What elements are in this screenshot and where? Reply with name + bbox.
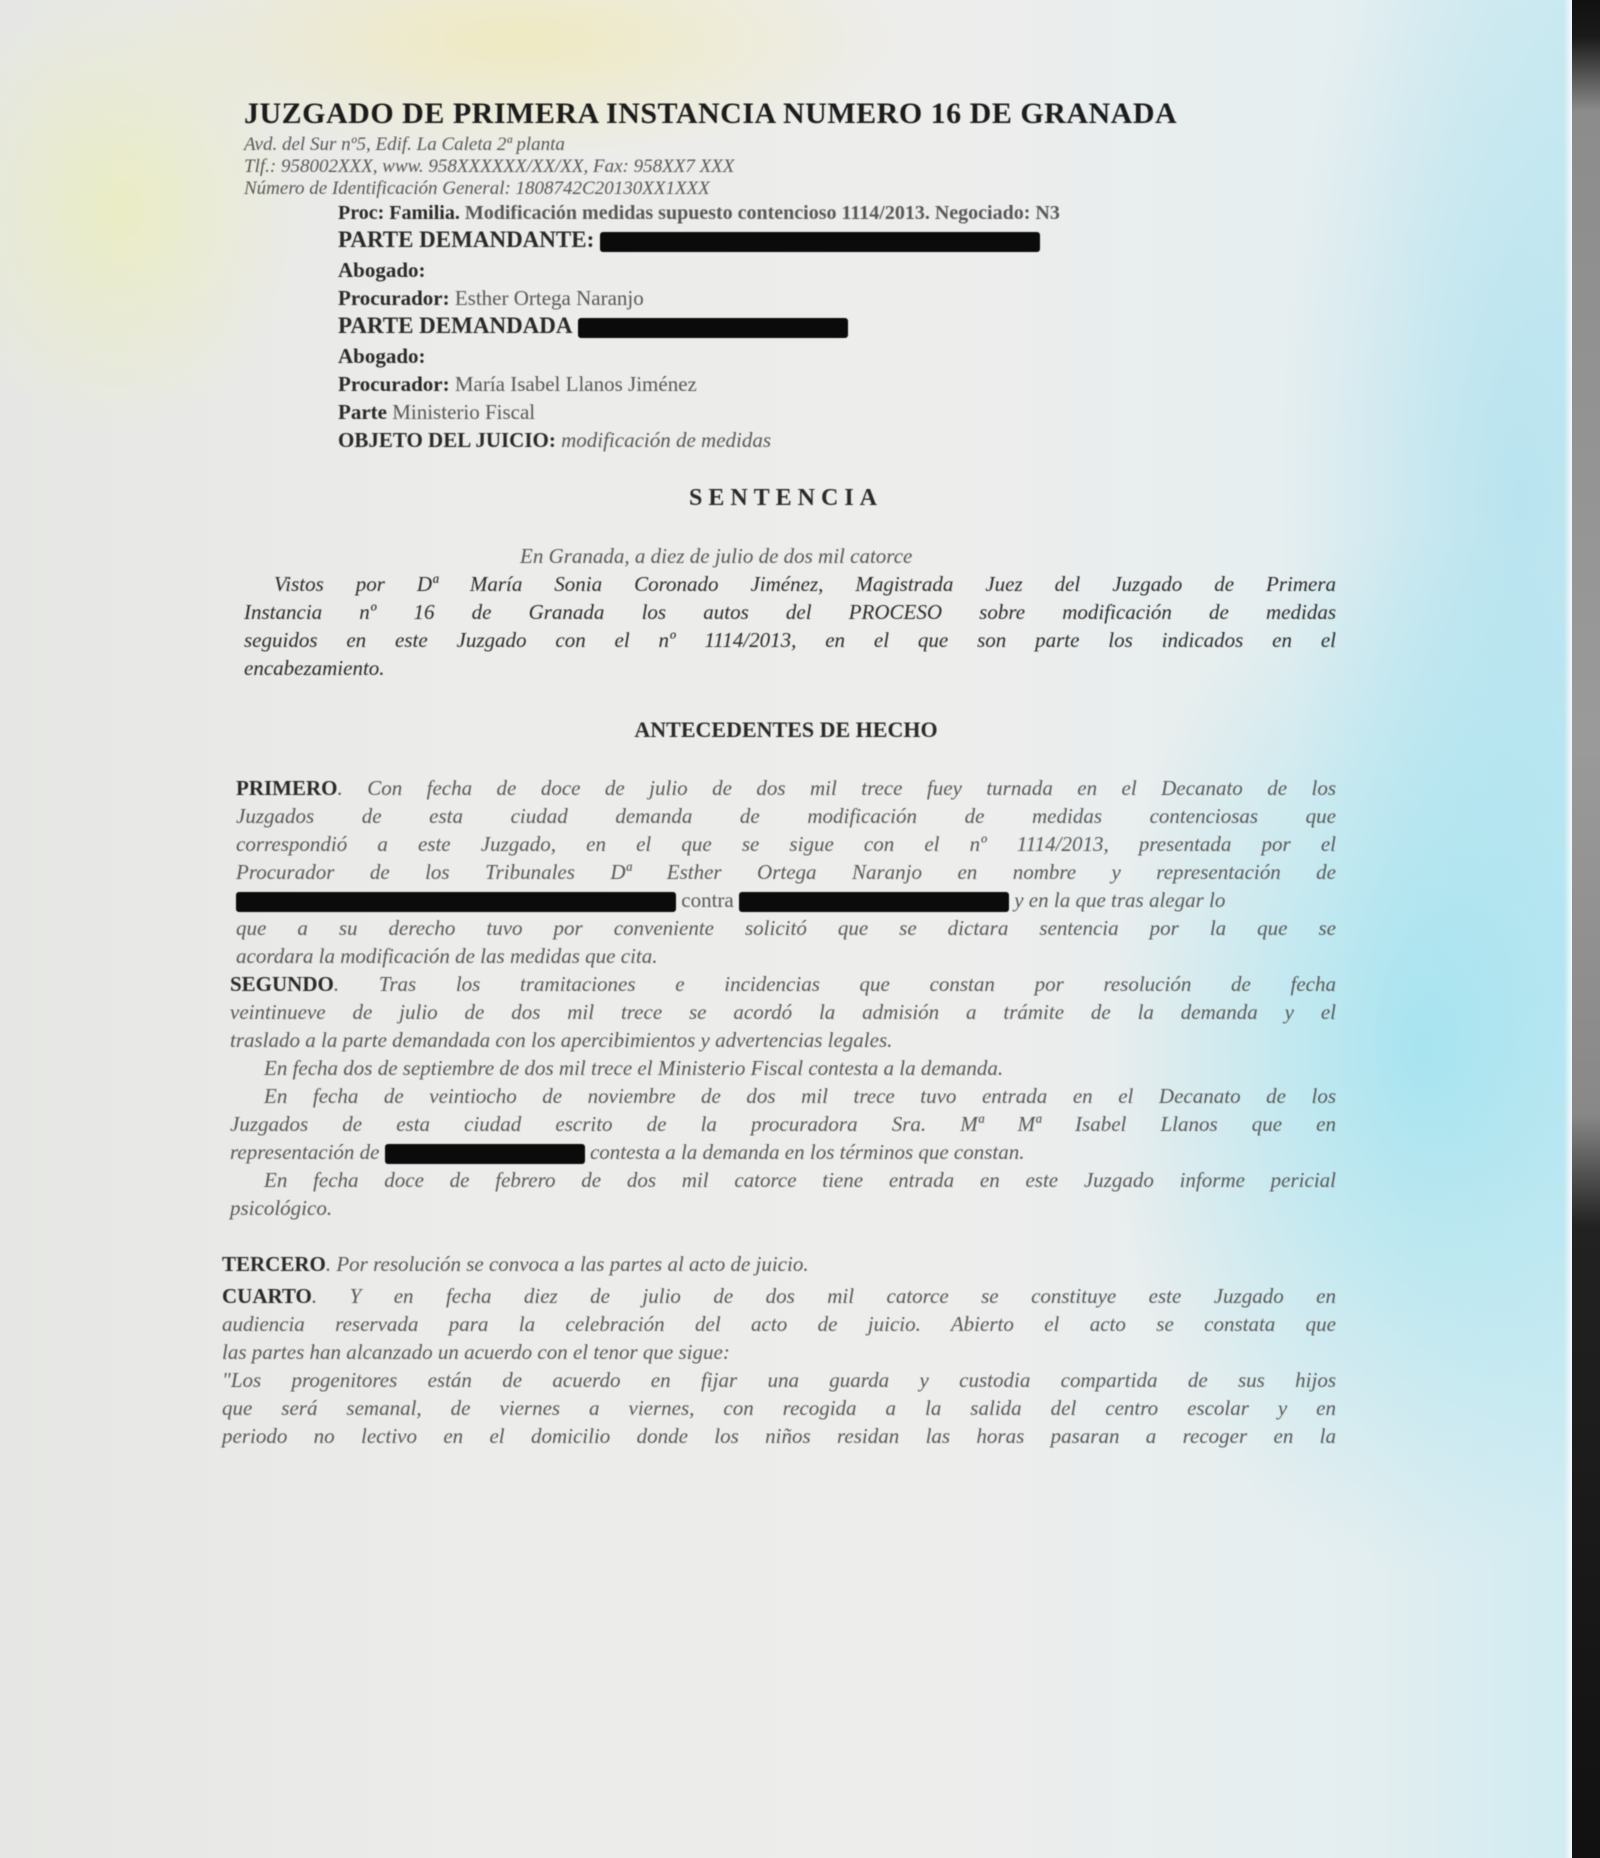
paragraph-text: acordara la modificación de las medidas … (236, 942, 1336, 970)
court-nig: Número de Identificación General: 180874… (244, 178, 710, 200)
intro-paragraph: Vistos por Dª María Sonia Coronado Jimén… (244, 570, 1336, 682)
procedure-line: Proc: Familia. Modificación medidas supu… (338, 200, 1352, 226)
court-phone: Tlf.: 958002XXX, www. 958XXXXXX/XX/XX, F… (244, 156, 734, 178)
party-defendant-lawyer: Abogado: (338, 342, 426, 370)
party-label: PARTE DEMANDANTE: (338, 227, 594, 252)
paragraph-text: contra (681, 888, 733, 912)
paragraph-text: "Los progenitores están de acuerdo en fi… (222, 1366, 1336, 1394)
court-document-page: JUZGADO DE PRIMERA INSTANCIA NUMERO 16 D… (0, 0, 1572, 1858)
document-title: SENTENCIA (0, 484, 1572, 512)
section-title: ANTECEDENTES DE HECHO (0, 716, 1572, 744)
party-plaintiff-lawyer: Abogado: (338, 256, 426, 284)
paragraph-text: veintinueve de julio de dos mil trece se… (230, 998, 1336, 1026)
party-label: PARTE DEMANDADA (338, 313, 573, 338)
paragraph-label: TERCERO (222, 1252, 326, 1276)
party-value: Ministerio Fiscal (392, 400, 535, 424)
date-line: En Granada, a diez de julio de dos mil c… (520, 542, 912, 570)
party-plaintiff-solicitor: Procurador: Esther Ortega Naranjo (338, 284, 644, 312)
paragraph-tercero: TERCERO. Por resolución se convoca a las… (222, 1250, 809, 1278)
paragraph-text: contesta a la demanda en los términos qu… (590, 1140, 1025, 1164)
paragraph-text: . Con fecha de doce de julio de dos mil … (338, 776, 1337, 800)
redaction-bar (739, 892, 1009, 912)
party-defendant-solicitor: Procurador: María Isabel Llanos Jiménez (338, 370, 697, 398)
paragraph-text: que será semanal, de viernes a viernes, … (222, 1394, 1336, 1422)
redaction-bar (600, 232, 1040, 252)
paragraph-text: representación de (230, 1140, 379, 1164)
redaction-bar (385, 1144, 585, 1164)
procedure-value: Modificación medidas supuesto contencios… (465, 202, 1060, 224)
paragraph-text: . Tras los tramitaciones e incidencias q… (334, 972, 1336, 996)
scanner-edge-shadow (1572, 0, 1600, 1858)
trial-object: OBJETO DEL JUICIO: modificación de medid… (338, 426, 771, 454)
procedure-label: Proc: Familia. (338, 202, 460, 224)
court-name: JUZGADO DE PRIMERA INSTANCIA NUMERO 16 D… (244, 100, 1177, 128)
paragraph-text: En fecha de veintiocho de noviembre de d… (230, 1082, 1336, 1110)
redaction-bar (236, 892, 676, 912)
party-label: Parte (338, 400, 387, 424)
party-label: Procurador: (338, 372, 450, 396)
paragraph-text: . Y en fecha diez de julio de dos mil ca… (312, 1284, 1336, 1308)
intro-line: encabezamiento. (244, 654, 1336, 682)
court-address: Avd. del Sur nº5, Edif. La Caleta 2ª pla… (244, 134, 565, 156)
paragraph-text: que a su derecho tuvo por conveniente so… (236, 914, 1336, 942)
paragraph-text: Procurador de los Tribunales Dª Esther O… (236, 858, 1336, 886)
party-value: María Isabel Llanos Jiménez (455, 372, 697, 396)
paragraph-label: PRIMERO (236, 776, 338, 800)
party-plaintiff: PARTE DEMANDANTE: (338, 226, 1040, 254)
intro-line: Vistos por Dª María Sonia Coronado Jimén… (244, 570, 1336, 598)
paragraph-text: En fecha dos de septiembre de dos mil tr… (230, 1054, 1336, 1082)
intro-line: seguidos en este Juzgado con el nº 1114/… (244, 626, 1336, 654)
party-label: Procurador: (338, 286, 450, 310)
paragraph-text: periodo no lectivo en el domicilio donde… (222, 1422, 1336, 1450)
intro-line: Instancia nº 16 de Granada los autos del… (244, 598, 1336, 626)
paragraph-label: CUARTO (222, 1284, 312, 1308)
party-fiscal: Parte Ministerio Fiscal (338, 398, 535, 426)
paragraph-text: Juzgados de esta ciudad escrito de la pr… (230, 1110, 1336, 1138)
paragraph-segundo: SEGUNDO. Tras los tramitaciones e incide… (230, 970, 1336, 1222)
party-label: OBJETO DEL JUICIO: (338, 428, 556, 452)
party-value: Esther Ortega Naranjo (455, 286, 644, 310)
paragraph-label: SEGUNDO (230, 972, 334, 996)
paragraph-text: las partes han alcanzado un acuerdo con … (222, 1338, 1336, 1366)
paragraph-text: psicológico. (230, 1194, 1336, 1222)
paragraph-text: audiencia reservada para la celebración … (222, 1310, 1336, 1338)
party-defendant: PARTE DEMANDADA (338, 312, 848, 340)
paragraph-cuarto: CUARTO. Y en fecha diez de julio de dos … (222, 1282, 1336, 1450)
paragraph-text: . Por resolución se convoca a las partes… (326, 1252, 809, 1276)
paragraph-text: Juzgados de esta ciudad demanda de modif… (236, 802, 1336, 830)
redaction-bar (578, 318, 848, 338)
paragraph-text: traslado a la parte demandada con los ap… (230, 1026, 1336, 1054)
paragraph-text: correspondió a este Juzgado, en el que s… (236, 830, 1336, 858)
paragraph-text: En fecha doce de febrero de dos mil cato… (230, 1166, 1336, 1194)
paragraph-text: y en la que tras alegar lo (1014, 888, 1225, 912)
party-value: modificación de medidas (561, 428, 771, 452)
paragraph-primero: PRIMERO. Con fecha de doce de julio de d… (236, 774, 1336, 970)
